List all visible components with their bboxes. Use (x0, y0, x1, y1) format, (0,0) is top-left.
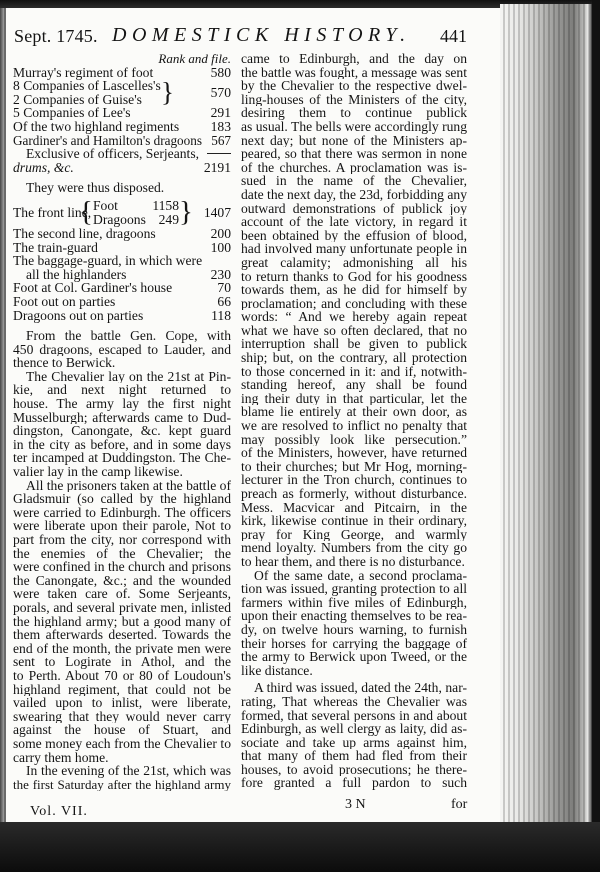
text-line: account of the late victory, in regard i… (241, 215, 467, 229)
text-line: to return thanks to God for his goodness (241, 270, 467, 284)
sum-rule (207, 153, 231, 154)
text-line: as usual. The bells were accordingly run… (241, 120, 467, 134)
paragraph: The Chevalier lay on the 21st at Pin- ki… (13, 370, 231, 479)
text-line: ing their duty in that particular, let t… (241, 392, 467, 406)
text-line: against the house of Stuart, and receive… (13, 723, 231, 737)
row-value: 1158 (152, 199, 179, 213)
table-row: 5 Companies of Lee's 291 (13, 106, 231, 120)
text-line: may possibly look like persecution.” Non… (241, 433, 467, 447)
text-line: house. The army lay the first night abou… (13, 397, 231, 411)
text-line: part from the city, nor correspond with (13, 533, 231, 547)
text-line: been obtained by the effusion of blood, … (241, 229, 467, 243)
brace-icon: } (179, 198, 193, 227)
text-line: From the battle Gen. Cope, with about (13, 329, 231, 343)
page-fore-edge (500, 4, 592, 824)
left-column: Rank and file. Murray's regiment of foot… (13, 52, 231, 791)
signature-mark: 3 N (345, 797, 366, 813)
brace-icon: } (161, 79, 174, 106)
table-row: The second line, dragoons 200 (13, 227, 231, 241)
row-value: 118 (211, 309, 231, 323)
text-line: vailed upon to inlist, were liberate, up… (13, 696, 231, 710)
text-line: houses, to avoid prosecutions; he there- (241, 763, 467, 777)
total-row: drums, &c. 2191 (13, 161, 231, 175)
right-column: came to Edinburgh, and the day on which … (241, 52, 467, 790)
text-line: them afterwards deserted. Towards the (13, 628, 231, 642)
table-row: Dragoons 249 (93, 213, 179, 227)
exclusive-note: Exclusive of officers, Serjeants, (13, 147, 231, 161)
text-line: standing hereof, any shall be found negl… (241, 378, 467, 392)
table-row: all the highlanders 230 (13, 268, 231, 282)
text-line: to those concerned in it: and if, notwit… (241, 365, 467, 379)
text-line: the highland army; but a good many of (13, 615, 231, 629)
text-line: towards them, as he did for himself by t… (241, 283, 467, 297)
rank-and-file-header: Rank and file. (13, 52, 231, 66)
text-line: carry them home. (13, 751, 231, 765)
text-line: farmers within five miles of Edinburgh, (241, 596, 467, 610)
row-value: 100 (211, 241, 231, 255)
row-value: 230 (211, 268, 231, 282)
row-value: 291 (211, 106, 231, 120)
text-line: Mess. Macvicar and Pitcairn, in the West… (241, 501, 467, 515)
text-line: proclamation; and concluding with these (241, 297, 467, 311)
text-line: like distance. (241, 664, 467, 678)
paragraph: A third was issued, dated the 24th, nar-… (241, 681, 467, 790)
text-line: Gladsmuir (so called by the highland arm… (13, 492, 231, 506)
text-line: were carried to Edinburgh. The officers (13, 506, 231, 520)
text-line: kie, and next night returned to Holyrood… (13, 383, 231, 397)
front-line-group: The front line, { Foot 1158 Dragoons 249… (13, 199, 231, 227)
book-cover-edge (592, 0, 600, 872)
table-row: 2 Companies of Guise's (13, 93, 231, 107)
text-line: dy, on twelve hours warning, to furnish (241, 623, 467, 637)
table-row: Murray's regiment of foot 580 (13, 66, 231, 80)
running-header: Sept. 1745. DOMESTICK HISTORY. 441 (10, 18, 470, 48)
text-line: by the Chevalier to the respective dwel- (241, 79, 467, 93)
text-line: great calamity; admonishing all his frie… (241, 256, 467, 270)
text-line: the enemies of the Chevalier; the soldie… (13, 547, 231, 561)
text-line: of the Ministers, however, have returned (241, 446, 467, 460)
text-line: upon their enacting themselves to be rea… (241, 609, 467, 623)
row-label: Dragoons (93, 212, 146, 227)
note-text: drums, &c. (13, 160, 74, 175)
text-line: came to Edinburgh, and the day on which (241, 52, 467, 66)
text-line: next day; but none of the Ministers ap- (241, 134, 467, 148)
text-line: rating, That whereas the Chevalier was i… (241, 695, 467, 709)
header-title: DOMESTICK HISTORY. (112, 24, 411, 47)
text-line: were taken care of. Some Serjeants, Cor- (13, 587, 231, 601)
table-row: The train-guard 100 (13, 241, 231, 255)
row-value: 200 (211, 227, 231, 241)
row-value: 567 (211, 134, 231, 148)
table-row: Foot at Col. Gardiner's house 70 (13, 281, 231, 295)
paragraph: Of the same date, a second proclama- tio… (241, 569, 467, 678)
text-line: date the next day, the 23d, forbidding a… (241, 188, 467, 202)
text-line: interruption shall be given to publick w… (241, 337, 467, 351)
text-line: to their churches; but Mr Hog, morning- (241, 460, 467, 474)
text-line: swearing that they would never carry arm… (13, 710, 231, 724)
row-value: 183 (211, 120, 231, 134)
text-line: to Perth. About 70 or 80 of Loudoun's (13, 669, 231, 683)
row-value: 580 (211, 66, 231, 80)
companies-bracket-group: 8 Companies of Lascelles's 2 Companies o… (13, 79, 231, 106)
text-line: A third was issued, dated the 24th, nar- (241, 681, 467, 695)
text-line: blame lie entirely at their own door, as (241, 405, 467, 419)
table-row: Foot out on parties 66 (13, 295, 231, 309)
table2-intro: They were thus disposed. (13, 181, 231, 195)
text-line: that many of them had fled from their (241, 749, 467, 763)
paragraph: All the prisoners taken at the battle of… (13, 479, 231, 764)
table-row: Of the two highland regiments 183 (13, 120, 231, 134)
text-line: sent to Logirate in Athol, and the offic… (13, 655, 231, 669)
text-line: porals, and several private men, inliste… (13, 601, 231, 615)
table-row: Dragoons out on parties 118 (13, 309, 231, 323)
text-line: ling-houses of the Ministers of the city… (241, 93, 467, 107)
brace-icon: { (79, 198, 93, 227)
row-value: 66 (217, 295, 231, 309)
text-line: mend loyalty. Numbers from the city go (241, 541, 467, 555)
row-label: Dragoons out on parties (13, 308, 143, 323)
text-line: we are resolved to inflict no penalty th… (241, 419, 467, 433)
text-line: kirk, likewise continue in their ordinar… (241, 514, 467, 528)
text-line: Of the same date, a second proclama- (241, 569, 467, 583)
row-value: 249 (159, 213, 179, 227)
text-line: thence to Berwick. (13, 356, 231, 370)
text-line: the first Saturday after the highland ar… (13, 778, 231, 792)
paragraph: From the battle Gen. Cope, with about 45… (13, 329, 231, 370)
table-row: Foot 1158 (93, 199, 179, 213)
text-line: some money each from the Chevalier to (13, 737, 231, 751)
paragraph: In the evening of the 21st, which was th… (13, 764, 231, 791)
text-line: to hear them, and there is no disturbanc… (241, 555, 467, 569)
table-row: 8 Companies of Lascelles's (13, 79, 231, 93)
header-date: Sept. 1745. (14, 26, 98, 47)
text-line: outward demonstrations of publick joy on (241, 202, 467, 216)
book-bottom-edge (0, 822, 600, 872)
text-line: ter incamped at Duddingston. The Che- (13, 451, 231, 465)
bracket-total: 570 (211, 86, 231, 100)
text-line: Edinburgh, as well clergy as laity, did … (241, 722, 467, 736)
text-line: were liberate upon their parole, Not to … (13, 519, 231, 533)
text-line: lecturer in the Tron church, continues t… (241, 473, 467, 487)
text-line: desiring them to continue publick worshi… (241, 106, 467, 120)
text-line: highland regiment, that could not be pre… (13, 683, 231, 697)
text-line: dingston, Canongate, &c. kept guard agai… (13, 424, 231, 438)
text-line: the battle was fought, a message was sen… (241, 66, 467, 80)
text-line: were confined in the church and prisons … (13, 560, 231, 574)
front-line-total: 1407 (204, 206, 231, 220)
text-line: The Chevalier lay on the 21st at Pin- (13, 370, 231, 384)
text-line: sued in the name of the Chevalier, beari… (241, 174, 467, 188)
text-line: valier lay in the camp likewise. (13, 465, 231, 479)
table-row: Gardiner's and Hamilton's dragoons 567 (13, 134, 231, 148)
text-line: pray for King George, and warmly recom- (241, 528, 467, 542)
text-line: In the evening of the 21st, which was (13, 764, 231, 778)
text-line: All the prisoners taken at the battle of (13, 479, 231, 493)
text-line: peared, so that there was sermon in none (241, 147, 467, 161)
text-line: formed, that several persons in and abou… (241, 709, 467, 723)
text-line: of the churches. A proclamation was is- (241, 161, 467, 175)
text-line: fore granted a full pardon to such perso… (241, 776, 467, 790)
total-value: 2191 (204, 161, 231, 175)
text-line: sociate and take up arms against him, an… (241, 736, 467, 750)
text-line: end of the month, the private men were (13, 642, 231, 656)
volume-mark: Vol. VII. (30, 804, 88, 820)
text-line: words: “ And we hereby again repeat (241, 310, 467, 324)
text-line: what we have so often declared, that no (241, 324, 467, 338)
text-line: tion was issued, granting protection to … (241, 582, 467, 596)
text-line: 450 dragoons, escaped to Lauder, and (13, 343, 231, 357)
table-row: The baggage-guard, in which were (13, 254, 231, 268)
text-line: the Canongate, &c.; and the wounded (13, 574, 231, 588)
text-line: their horses for carrying the baggage of (241, 637, 467, 651)
text-line: had involved many unfortunate people in (241, 242, 467, 256)
text-line: preach as formerly, without disturbance. (241, 487, 467, 501)
text-line: Musselburgh; afterwards came to Dud- (13, 411, 231, 425)
paragraph: came to Edinburgh, and the day on which … (241, 52, 467, 569)
text-line: the army to Berwick upon Tweed, or the (241, 650, 467, 664)
page-number: 441 (440, 26, 467, 47)
text-line: in the city as before, and in some days … (13, 438, 231, 452)
catchword: for (451, 797, 467, 813)
row-value: 70 (217, 281, 231, 295)
text-line: ship; but, on the contrary, all protecti… (241, 351, 467, 365)
